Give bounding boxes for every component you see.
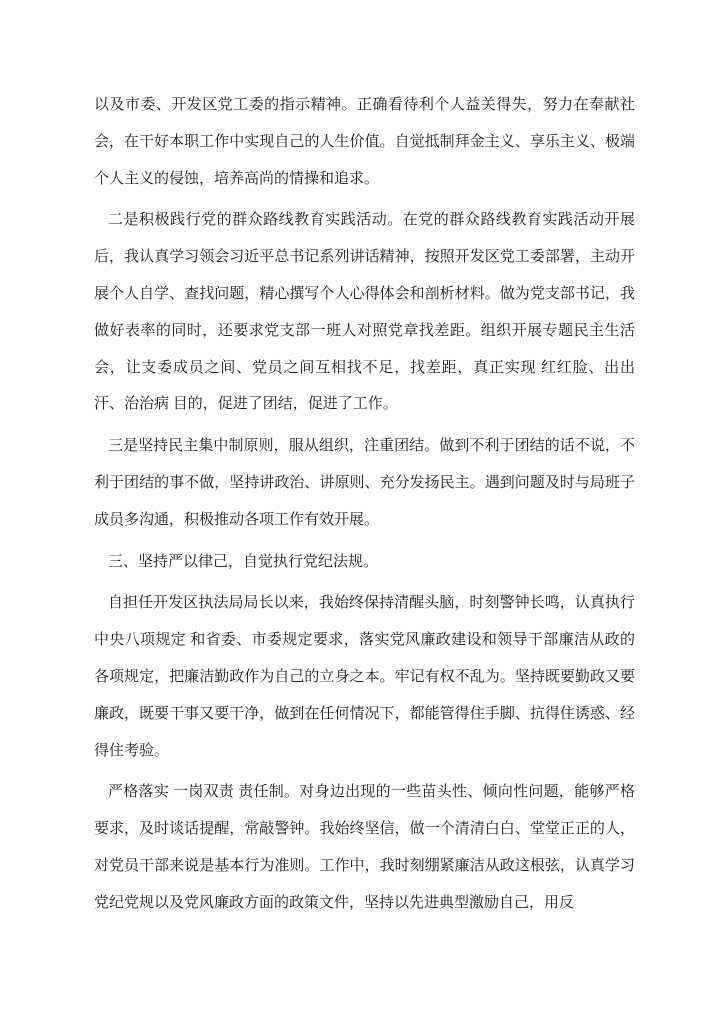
paragraph-continuation: 以及市委、开发区党工委的指示精神。正确看待利个人益关得失，努力在奉献社会，在干好… bbox=[94, 87, 635, 197]
document-page: 以及市委、开发区党工委的指示精神。正确看待利个人益关得失，努力在奉献社会，在干好… bbox=[0, 0, 721, 1020]
paragraph-point-three: 三是坚持民主集中制原则，服从组织，注重团结。做到不利于团结的话不说，不利于团结的… bbox=[94, 428, 635, 538]
paragraph-point-two: 二是积极践行党的群众路线教育实践活动。在党的群众路线教育实践活动开展后，我认真学… bbox=[94, 202, 635, 423]
section-heading-three: 三、坚持严以律己，自觉执行党纪法规。 bbox=[94, 544, 635, 581]
paragraph-self-discipline: 自担任开发区执法局局长以来，我始终保持清醒头脑，时刻警钟长鸣，认真执行 中央八项… bbox=[94, 585, 635, 769]
paragraph-responsibility: 严格落实 一岗双责 责任制。对身边出现的一些苗头性、倾向性问题，能够严格要求，及… bbox=[94, 774, 635, 921]
